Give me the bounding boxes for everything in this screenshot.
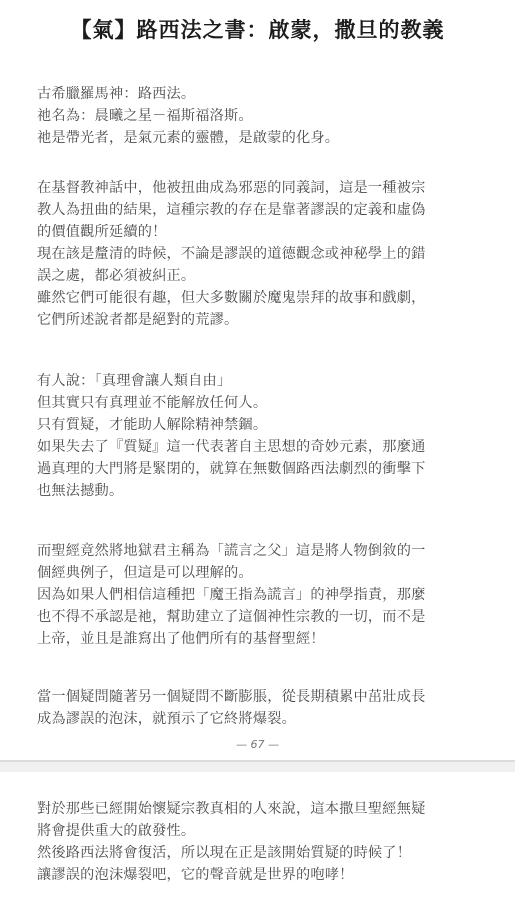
text-line: 在基督教神話中，他被扭曲成為邪惡的同義詞，這是一種被宗 (37, 177, 477, 199)
paragraph-satanic-bible: 對於那些已經開始懷疑宗教真相的人來說，這本撒旦聖經無疑 將會提供重大的啟發性。 … (37, 798, 477, 886)
text-line: 只有質疑，才能助人解除精神禁錮。 (37, 414, 477, 436)
text-line: 對於那些已經開始懷疑宗教真相的人來說，這本撒旦聖經無疑 (37, 798, 477, 820)
text-line: 祂是帶光者，是氣元素的靈體，是啟蒙的化身。 (37, 127, 477, 149)
paragraph-father-of-lies: 而聖經竟然將地獄君主稱為「謊言之父」這是將人物倒敘的一 個經典例子，但這是可以理… (37, 540, 477, 650)
text-line: 讓謬誤的泡沫爆裂吧，它的聲音就是世界的咆哮！ (37, 864, 477, 886)
paragraph-christian-myth: 在基督教神話中，他被扭曲成為邪惡的同義詞，這是一種被宗 教人為扭曲的結果，這種宗… (37, 177, 477, 331)
document-title: 【氣】路西法之書：啟蒙，撒旦的教義 (0, 14, 515, 44)
text-line: 成為謬誤的泡沫，就預示了它終將爆裂。 (37, 708, 477, 730)
text-line: 誤之處，都必須被糾正。 (37, 265, 477, 287)
paragraph-truth-and-doubt: 有人說：「真理會讓人類自由」 但其實只有真理並不能解放任何人。 只有質疑，才能助… (37, 370, 477, 502)
text-line: 祂名為：晨曦之星－福斯福洛斯。 (37, 105, 477, 127)
text-line: 如果失去了『質疑』這一代表著自主思想的奇妙元素，那麼通 (37, 436, 477, 458)
text-line: 有人說：「真理會讓人類自由」 (37, 370, 477, 392)
text-line: 但其實只有真理並不能解放任何人。 (37, 392, 477, 414)
text-line: 也無法撼動。 (37, 480, 477, 502)
text-line: 因為如果人們相信這種把「魔王指為謊言」的神學指責，那麼 (37, 584, 477, 606)
text-line: 古希臘羅馬神：路西法。 (37, 83, 477, 105)
text-line: 當一個疑問隨著另一個疑問不斷膨脹，從長期積累中茁壯成長 (37, 686, 477, 708)
document-page-68: 對於那些已經開始懷疑宗教真相的人來說，這本撒旦聖經無疑 將會提供重大的啟發性。 … (0, 772, 515, 900)
text-line: 過真理的大門將是緊閉的，就算在無數個路西法劇烈的衝擊下 (37, 458, 477, 480)
text-line: 的價值觀所延續的！ (37, 221, 477, 243)
text-line: 上帝，並且是誰寫出了他們所有的基督聖經！ (37, 628, 477, 650)
text-line: 現在該是釐清的時候，不論是謬誤的道德觀念或神秘學上的錯 (37, 243, 477, 265)
document-page-67: 【氣】路西法之書：啟蒙，撒旦的教義 古希臘羅馬神：路西法。 祂名為：晨曦之星－福… (0, 0, 515, 760)
text-line: 將會提供重大的啟發性。 (37, 820, 477, 842)
text-line: 雖然它們可能很有趣，但大多數關於魔鬼崇拜的故事和戲劇， (37, 287, 477, 309)
text-line: 然後路西法將會復活，所以現在正是該開始質疑的時候了！ (37, 842, 477, 864)
paragraph-intro: 古希臘羅馬神：路西法。 祂名為：晨曦之星－福斯福洛斯。 祂是帶光者，是氣元素的靈… (37, 83, 477, 149)
text-line: 而聖經竟然將地獄君主稱為「謊言之父」這是將人物倒敘的一 (37, 540, 477, 562)
text-line: 教人為扭曲的結果，這種宗教的存在是靠著謬誤的定義和虛偽 (37, 199, 477, 221)
paragraph-bubble-of-error: 當一個疑問隨著另一個疑問不斷膨脹，從長期積累中茁壯成長 成為謬誤的泡沫，就預示了… (37, 686, 477, 730)
text-line: 也不得不承認是祂，幫助建立了這個神性宗教的一切，而不是 (37, 606, 477, 628)
text-line: 個經典例子，但這是可以理解的。 (37, 562, 477, 584)
page-break-divider (0, 760, 515, 772)
text-line: 它們所述說者都是絕對的荒謬。 (37, 309, 477, 331)
page-number: — 67 — (0, 738, 515, 751)
